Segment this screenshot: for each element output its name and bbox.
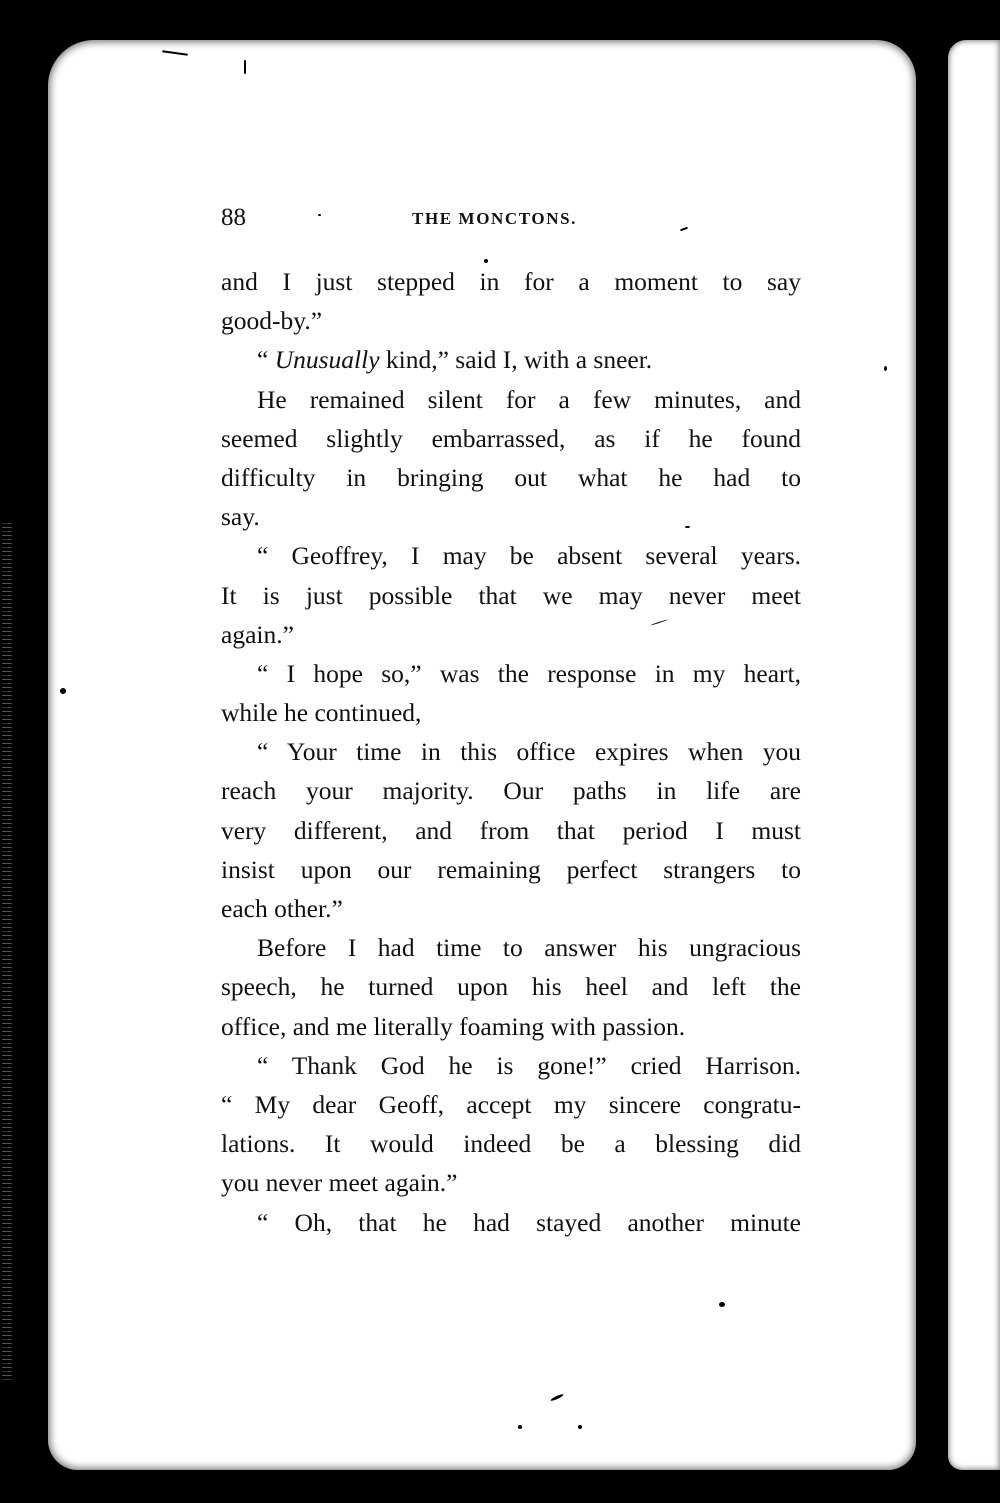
text-line: He remained silent for a few minutes, an… <box>221 380 801 419</box>
text-line: say. <box>221 497 801 536</box>
text-line: “ Unusually kind,” said I, with a sneer. <box>221 340 801 379</box>
scan-speck <box>60 688 66 694</box>
paragraph: “ Thank God he is gone!” cried Harrison.… <box>221 1046 801 1203</box>
text-line: very different, and from that period I m… <box>221 811 801 850</box>
text-line: difficulty in bringing out what he had t… <box>221 458 801 497</box>
scan-speck <box>484 259 488 263</box>
text-line: lations. It would indeed be a blessing d… <box>221 1124 801 1163</box>
body-text: and I just stepped in for a moment to sa… <box>221 262 801 1242</box>
text-line: It is just possible that we may never me… <box>221 576 801 615</box>
text-line: you never meet again.” <box>221 1163 801 1202</box>
text-line: and I just stepped in for a moment to sa… <box>221 262 801 301</box>
text-line: insist upon our remaining perfect strang… <box>221 850 801 889</box>
text-line: good-by.” <box>221 301 801 340</box>
text-line: office, and me literally foaming with pa… <box>221 1007 801 1046</box>
scan-speck <box>518 1425 522 1429</box>
running-head: 88 THE MONCTONS. <box>221 204 801 234</box>
text-line: reach your majority. Our paths in life a… <box>221 771 801 810</box>
paragraph: He remained silent for a few minutes, an… <box>221 380 801 537</box>
scan-edge-texture <box>2 520 12 1380</box>
scan-speck <box>685 526 690 528</box>
text-line: seemed slightly embarrassed, as if he fo… <box>221 419 801 458</box>
emphasized-word: Unusually <box>275 345 380 374</box>
text-line: “ Oh, that he had stayed another minute <box>221 1203 801 1242</box>
paragraph: and I just stepped in for a moment to sa… <box>221 262 801 340</box>
scan-speck <box>719 1302 725 1307</box>
paragraph: “ I hope so,” was the response in my hea… <box>221 654 801 732</box>
paragraph: Before I had time to answer his ungracio… <box>221 928 801 1046</box>
scan-speck <box>318 214 321 216</box>
running-title: THE MONCTONS. <box>412 209 577 229</box>
scan-speck <box>244 60 246 74</box>
paragraph: “ Oh, that he had stayed another minute <box>221 1203 801 1242</box>
text-line: each other.” <box>221 889 801 928</box>
text-line: again.” <box>221 615 801 654</box>
page-number: 88 <box>221 204 246 232</box>
adjacent-page-edge <box>948 40 1000 1470</box>
text-line: “ Geoffrey, I may be absent several year… <box>221 536 801 575</box>
paragraph: “ Geoffrey, I may be absent several year… <box>221 536 801 654</box>
page-gutter-shadow <box>916 0 948 1503</box>
text-line: while he continued, <box>221 693 801 732</box>
scan-speck <box>578 1425 582 1429</box>
text-line: “ Thank God he is gone!” cried Harrison. <box>221 1046 801 1085</box>
text-line: “ I hope so,” was the response in my hea… <box>221 654 801 693</box>
paragraph: “ Unusually kind,” said I, with a sneer. <box>221 340 801 379</box>
text-line: “ Your time in this office expires when … <box>221 732 801 771</box>
text-line: Before I had time to answer his ungracio… <box>221 928 801 967</box>
text-line: “ My dear Geoff, accept my sincere congr… <box>221 1085 801 1124</box>
paragraph: “ Your time in this office expires when … <box>221 732 801 928</box>
text-line: speech, he turned upon his heel and left… <box>221 967 801 1006</box>
scan-speck <box>884 366 887 371</box>
